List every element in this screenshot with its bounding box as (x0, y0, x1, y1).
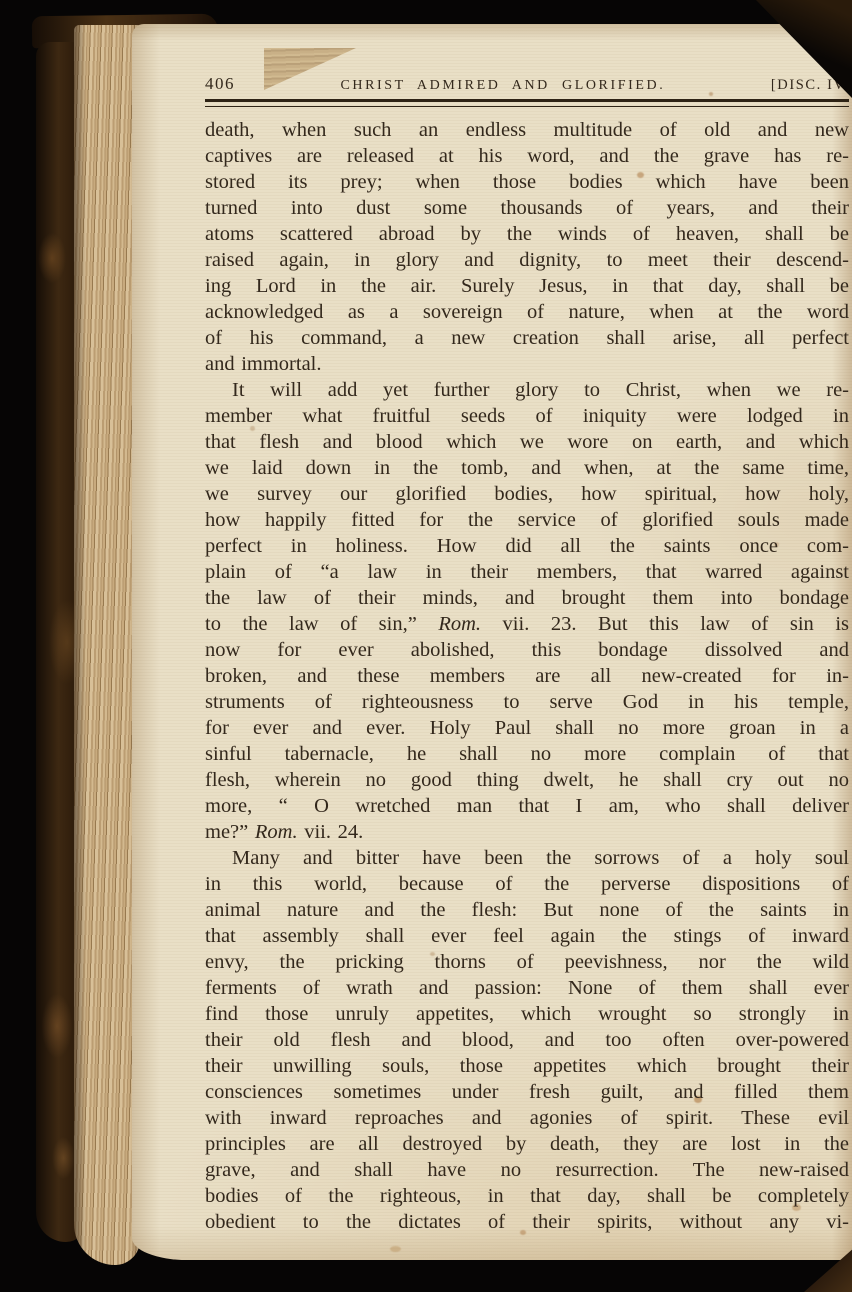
page-text: death, when such an endless multitude of… (205, 117, 849, 1235)
text-line: broken, and these members are all new-cr… (205, 663, 849, 689)
text-line: we survey our glorified bodies, how spir… (205, 481, 849, 507)
text-line: ing Lord in the air. Surely Jesus, in th… (205, 273, 849, 299)
text-line: how happily fitted for the service of gl… (205, 507, 849, 533)
text-line: turned into dust some thousands of years… (205, 195, 849, 221)
page-number: 406 (205, 74, 235, 94)
text-line: with inward reproaches and agonies of sp… (205, 1105, 849, 1131)
text-line: plain of “a law in their members, that w… (205, 559, 849, 585)
text-line: bodies of the righteous, in that day, sh… (205, 1183, 849, 1209)
text-line: their unwilling souls, those appetites w… (205, 1053, 849, 1079)
text-line: struments of righteousness to serve God … (205, 689, 849, 715)
text-line: we laid down in the tomb, and when, at t… (205, 455, 849, 481)
paragraph: Many and bitter have been the sorrows of… (205, 845, 849, 1235)
text-line: It will add yet further glory to Christ,… (205, 377, 849, 403)
running-title: CHRIST ADMIRED AND GLORIFIED. (340, 78, 665, 94)
text-line: their old flesh and blood, and too often… (205, 1027, 849, 1053)
text-line: raised again, in glory and dignity, to m… (205, 247, 849, 273)
text-line: for ever and ever. Holy Paul shall no mo… (205, 715, 849, 741)
text-line: and immortal. (205, 351, 849, 377)
text-line: stored its prey; when those bodies which… (205, 169, 849, 195)
text-line: me?” Rom. vii. 24. (205, 819, 849, 845)
text-line: death, when such an endless multitude of… (205, 117, 849, 143)
text-line: now for ever abolished, this bondage dis… (205, 637, 849, 663)
text-line: member what fruitful seeds of iniquity w… (205, 403, 849, 429)
text-line: Many and bitter have been the sorrows of… (205, 845, 849, 871)
text-line: captives are released at his word, and t… (205, 143, 849, 169)
paragraph: death, when such an endless multitude of… (205, 117, 849, 377)
page-header: 406 CHRIST ADMIRED AND GLORIFIED. [DISC.… (205, 74, 849, 94)
foxing-stain (390, 1246, 401, 1252)
text-line: that flesh and blood which we wore on ea… (205, 429, 849, 455)
text-line: sinful tabernacle, he shall no more comp… (205, 741, 849, 767)
book-page: 406 CHRIST ADMIRED AND GLORIFIED. [DISC.… (132, 24, 852, 1260)
text-line: acknowledged as a sovereign of nature, w… (205, 299, 849, 325)
header-rule (205, 99, 849, 107)
text-line: consciences sometimes under fresh guilt,… (205, 1079, 849, 1105)
text-line: in this world, because of the perverse d… (205, 871, 849, 897)
text-line: of his command, a new creation shall ari… (205, 325, 849, 351)
text-line: find those unruly appetites, which wroug… (205, 1001, 849, 1027)
photo-background: 406 CHRIST ADMIRED AND GLORIFIED. [DISC.… (0, 0, 852, 1292)
text-line: more, “ O wretched man that I am, who sh… (205, 793, 849, 819)
text-line: ferments of wrath and passion: None of t… (205, 975, 849, 1001)
text-line: perfect in holiness. How did all the sai… (205, 533, 849, 559)
text-line: to the law of sin,” Rom. vii. 23. But th… (205, 611, 849, 637)
paragraph: It will add yet further glory to Christ,… (205, 377, 849, 845)
page-stack-edges (74, 25, 140, 1265)
text-line: obedient to the dictates of their spirit… (205, 1209, 849, 1235)
text-line: atoms scattered abroad by the winds of h… (205, 221, 849, 247)
text-line: flesh, wherein no good thing dwelt, he s… (205, 767, 849, 793)
printed-text-block: 406 CHRIST ADMIRED AND GLORIFIED. [DISC.… (205, 74, 849, 1235)
text-line: envy, the pricking thorns of peevishness… (205, 949, 849, 975)
text-line: animal nature and the flesh: But none of… (205, 897, 849, 923)
text-line: principles are all destroyed by death, t… (205, 1131, 849, 1157)
text-line: grave, and shall have no resurrection. T… (205, 1157, 849, 1183)
text-line: the law of their minds, and brought them… (205, 585, 849, 611)
text-line: that assembly shall ever feel again the … (205, 923, 849, 949)
